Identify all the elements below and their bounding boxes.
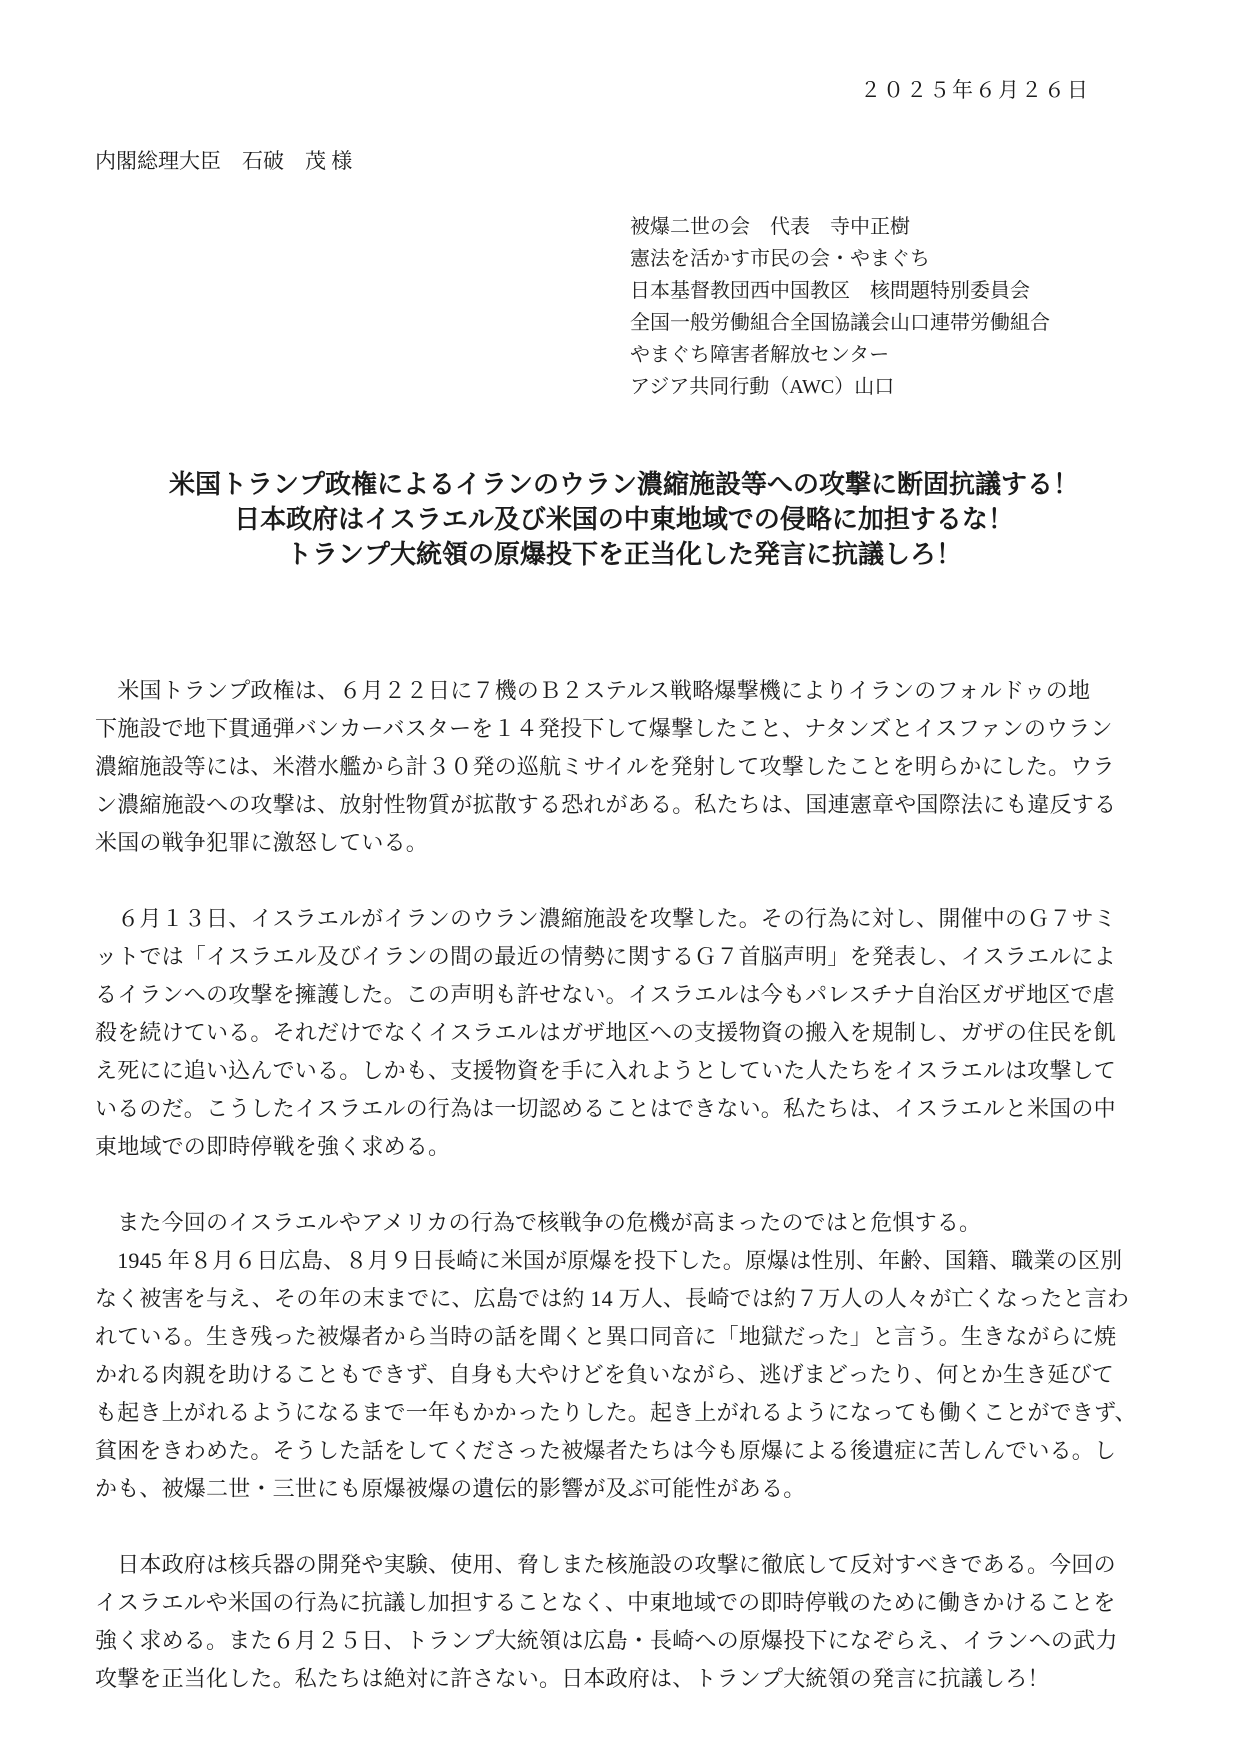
body-line: 貧困をきわめた。そうした話をしてくださった被爆者たちは今も原爆による後遺症に苦し…	[95, 1432, 1153, 1470]
body-line	[95, 1166, 1153, 1204]
body-line: も起き上がれるようになるまで一年もかかったりした。起き上がれるようになっても働く…	[95, 1394, 1153, 1432]
addressee: 内閣総理大臣 石破 茂 様	[95, 147, 1153, 175]
body-line: ６月１３日、イスラエルがイランのウラン濃縮施設を攻撃した。その行為に対し、開催中…	[95, 900, 1153, 938]
body-line: また今回のイスラエルやアメリカの行為で核戦争の危機が高まったのではと危惧する。	[95, 1204, 1153, 1242]
document-body: 米国トランプ政権は、６月２２日に７機のＢ２ステルス戦略爆撃機によりイランのフォル…	[95, 672, 1153, 1698]
body-line: かも、被爆二世・三世にも原爆被爆の遺伝的影響が及ぶ可能性がある。	[95, 1470, 1153, 1508]
body-line: ン濃縮施設への攻撃は、放射性物質が拡散する恐れがある。私たちは、国連憲章や国際法…	[95, 786, 1153, 824]
body-line: 濃縮施設等には、米潜水艦から計３０発の巡航ミサイルを発射して攻撃したことを明らか…	[95, 748, 1153, 786]
body-line: 米国の戦争犯罪に激怒している。	[95, 824, 1153, 862]
sender-line: 日本基督教団西中国教区 核問題特別委員会	[630, 275, 1153, 307]
senders-list: 被爆二世の会 代表 寺中正樹憲法を活かす市民の会・やまぐち日本基督教団西中国教区…	[630, 211, 1153, 403]
title-line: 米国トランプ政権によるイランのウラン濃縮施設等への攻撃に断固抗議する！	[95, 467, 1153, 502]
body-line: え死にに追い込んでいる。しかも、支援物資を手に入れようとしていた人たちをイスラエ…	[95, 1052, 1153, 1090]
body-line: るイランへの攻撃を擁護した。この声明も許せない。イスラエルは今もパレスチナ自治区…	[95, 976, 1153, 1014]
title-line: トランプ大統領の原爆投下を正当化した発言に抗議しろ！	[95, 537, 1153, 572]
body-line	[95, 862, 1153, 900]
body-line: かれる肉親を助けることもできず、自身も大やけどを負いながら、逃げまどったり、何と…	[95, 1356, 1153, 1394]
body-line: 日本政府は核兵器の開発や実験、使用、脅しまた核施設の攻撃に徹底して反対すべきであ…	[95, 1546, 1153, 1584]
document-page: ２０２５年６月２６日 内閣総理大臣 石破 茂 様 被爆二世の会 代表 寺中正樹憲…	[0, 0, 1241, 1755]
sender-line: アジア共同行動（AWC）山口	[630, 371, 1153, 403]
sender-line: 全国一般労働組合全国協議会山口連帯労働組合	[630, 307, 1153, 339]
body-line: ットでは「イスラエル及びイランの間の最近の情勢に関するＧ７首脳声明」を発表し、イ…	[95, 938, 1153, 976]
body-line	[95, 1508, 1153, 1546]
body-line: 下施設で地下貫通弾バンカーバスターを１４発投下して爆撃したこと、ナタンズとイスフ…	[95, 710, 1153, 748]
body-line: 1945 年８月６日広島、８月９日長崎に米国が原爆を投下した。原爆は性別、年齢、…	[95, 1242, 1153, 1280]
body-line: 強く求める。また６月２５日、トランプ大統領は広島・長崎への原爆投下になぞらえ、イ…	[95, 1622, 1153, 1660]
sender-line: 憲法を活かす市民の会・やまぐち	[630, 243, 1153, 275]
body-line: 東地域での即時停戦を強く求める。	[95, 1128, 1153, 1166]
title-line: 日本政府はイスラエル及び米国の中東地域での侵略に加担するな！	[95, 502, 1153, 537]
body-line: イスラエルや米国の行為に抗議し加担することなく、中東地域での即時停戦のために働き…	[95, 1584, 1153, 1622]
sender-line: 被爆二世の会 代表 寺中正樹	[630, 211, 1153, 243]
body-line: 攻撃を正当化した。私たちは絶対に許さない。日本政府は、トランプ大統領の発言に抗議…	[95, 1660, 1153, 1698]
body-line: れている。生き残った被爆者から当時の話を聞くと異口同音に「地獄だった」と言う。生…	[95, 1318, 1153, 1356]
sender-line: やまぐち障害者解放センター	[630, 339, 1153, 371]
body-line: いるのだ。こうしたイスラエルの行為は一切認めることはできない。私たちは、イスラエ…	[95, 1090, 1153, 1128]
body-line: 殺を続けている。それだけでなくイスラエルはガザ地区への支援物資の搬入を規制し、ガ…	[95, 1014, 1153, 1052]
body-line: なく被害を与え、その年の末までに、広島では約 14 万人、長崎では約７万人の人々…	[95, 1280, 1153, 1318]
document-date: ２０２５年６月２６日	[95, 76, 1153, 104]
body-line: 米国トランプ政権は、６月２２日に７機のＢ２ステルス戦略爆撃機によりイランのフォル…	[95, 672, 1153, 710]
document-title: 米国トランプ政権によるイランのウラン濃縮施設等への攻撃に断固抗議する！日本政府は…	[95, 467, 1153, 572]
